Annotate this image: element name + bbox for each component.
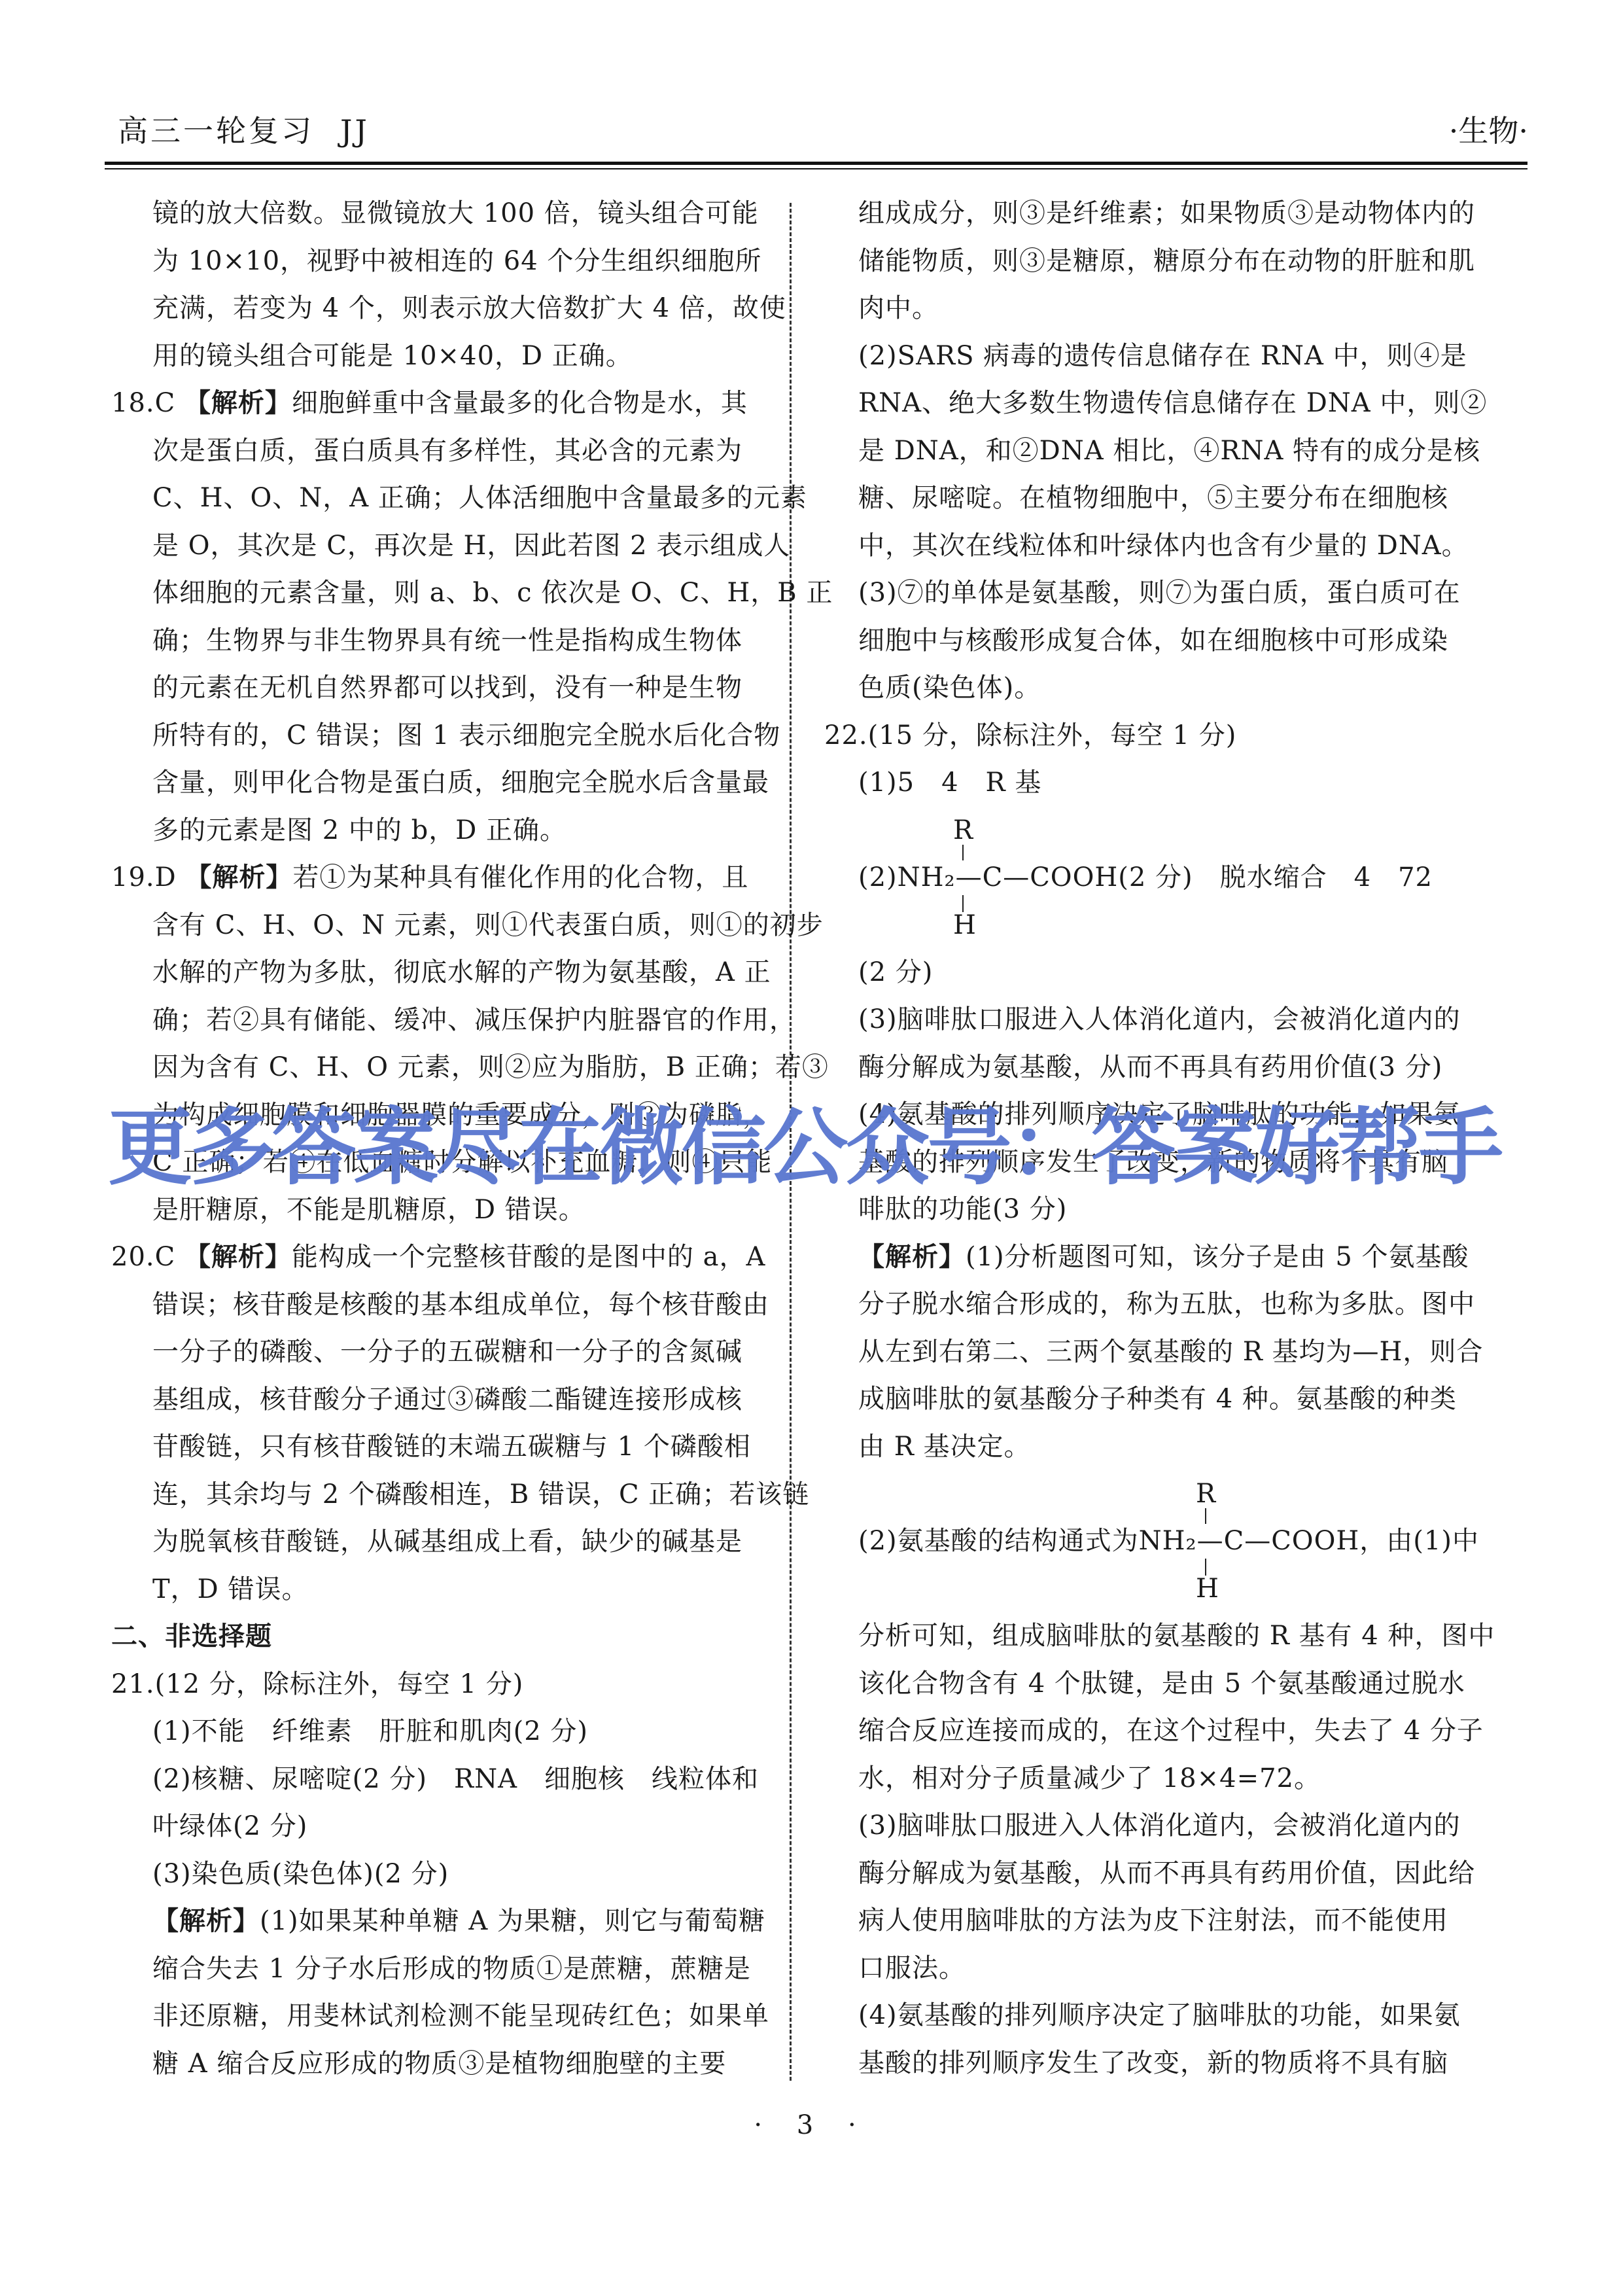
- text-line: 水解的产物为多肽，彻底水解的产物为氨基酸，A 正: [111, 949, 785, 997]
- text-line: 一分子的磷酸、一分子的五碳糖和一分子的含氮碱: [111, 1328, 785, 1376]
- answer-suffix: (2 分) 脱水缩合 4 72: [1118, 862, 1433, 892]
- text-line: 所特有的，C 错误；图 1 表示细胞完全脱水后化合物: [111, 712, 785, 760]
- text-line: (3)脑啡肽口服进入人体消化道内，会被消化道内的: [824, 1802, 1531, 1850]
- section-title: 二、非选择题: [111, 1613, 785, 1661]
- text-line: 储能物质，则③是糖原，糖原分布在动物的肝脏和肌: [824, 238, 1531, 285]
- text-line: 分析可知，组成脑啡肽的氨基酸的 R 基有 4 种，图中: [824, 1612, 1531, 1660]
- text-line: 病人使用脑啡肽的方法为皮下注射法，而不能使用: [824, 1897, 1531, 1945]
- text-line: 是肝糖原，不能是肌糖原，D 错误。: [111, 1186, 785, 1234]
- answer-line: (3)脑啡肽口服进入人体消化道内，会被消化道内的: [824, 996, 1531, 1044]
- text-line: 错误；核苷酸是核酸的基本组成单位，每个核苷酸由: [111, 1281, 785, 1329]
- text-line: 苷酸链，只有核苷酸链的末端五碳糖与 1 个磷酸相: [111, 1423, 785, 1471]
- text-line: 色质(染色体)。: [824, 664, 1531, 712]
- question-number: 18.C: [111, 388, 175, 418]
- text-line: C、H、O、N，A 正确；人体活细胞中含量最多的元素: [111, 474, 785, 522]
- text-line: (3)⑦的单体是氨基酸，则⑦为蛋白质，蛋白质可在: [824, 569, 1531, 617]
- formula-bottom-h: H: [1196, 1565, 1219, 1613]
- text-line: 能构成一个完整核苷酸的是图中的 a，A: [292, 1242, 765, 1272]
- text-line: 细胞中与核酸形成复合体，如在细胞核中可形成染: [824, 617, 1531, 665]
- text-line: 为脱氧核苷酸链，从碱基组成上看，缺少的碱基是: [111, 1518, 785, 1566]
- answer-prefix: (2): [858, 862, 898, 892]
- text-line: 充满，若变为 4 个，则表示放大倍数扩大 4 倍，故使: [111, 285, 785, 332]
- answer-line: (2)核糖、尿嘧啶(2 分) RNA 细胞核 线粒体和: [111, 1756, 785, 1803]
- text-line: 镜的放大倍数。显微镜放大 100 倍，镜头组合可能: [111, 190, 785, 238]
- text-line: 缩合反应连接而成的，在这个过程中，失去了 4 分子: [824, 1707, 1531, 1755]
- text-line: 糖、尿嘧啶。在植物细胞中，⑤主要分布在细胞核: [824, 474, 1531, 522]
- text-line: 为 10×10，视野中被相连的 64 个分生组织细胞所: [111, 238, 785, 285]
- text-line: 非还原糖，用斐林试剂检测不能呈现砖红色；如果单: [111, 1992, 785, 2040]
- analysis-tag: 【解析】: [184, 388, 292, 418]
- text-line: 用的镜头组合可能是 10×40，D 正确。: [111, 332, 785, 380]
- text-line: 组成成分，则③是纤维素；如果物质③是动物体内的: [824, 190, 1531, 238]
- formula-left: NH₂—: [1139, 1526, 1224, 1556]
- right-column: 组成成分，则③是纤维素；如果物质③是动物体内的 储能物质，则③是糖原，糖原分布在…: [824, 190, 1531, 2087]
- bond-line: [962, 845, 964, 860]
- answer-line: 叶绿体(2 分): [111, 1803, 785, 1850]
- analysis-line: 【解析】(1)分析题图可知，该分子是由 5 个氨基酸: [824, 1233, 1531, 1281]
- text-line: 连，其余均与 2 个磷酸相连，B 错误，C 正确；若该链: [111, 1471, 785, 1519]
- formula-right: —COOH: [1244, 1526, 1359, 1556]
- text-line: 是 O，其次是 C，再次是 H，因此若图 2 表示组成人: [111, 522, 785, 570]
- text-line: 若①为某种具有催化作用的化合物，且: [292, 862, 748, 892]
- text-line: 体细胞的元素含量，则 a、b、c 依次是 O、C、H，B 正: [111, 569, 785, 617]
- text-line: RNA、绝大多数生物遗传信息储存在 DNA 中，则②: [824, 380, 1531, 427]
- bond-line: [1205, 1508, 1206, 1524]
- text-line: 确；若②具有储能、缓冲、减压保护内脏器官的作用，: [111, 997, 785, 1044]
- answer-line: 啡肽的功能(3 分): [824, 1186, 1531, 1233]
- text-line: (2)SARS 病毒的遗传信息储存在 RNA 中，则④是: [824, 332, 1531, 380]
- amino-acid-formula-answer: (2)NH₂—C—COOH(2 分) 脱水缩合 4 72 R H: [824, 807, 1531, 949]
- amino-acid-general-formula: (2)氨基酸的结构通式为NH₂—C—COOH，由(1)中 R H: [824, 1470, 1531, 1612]
- text-line: 含量，则甲化合物是蛋白质，细胞完全脱水后含量最: [111, 759, 785, 807]
- analysis-tag: 【解析】: [185, 862, 292, 892]
- running-header: 高三一轮复习JJ: [118, 111, 370, 150]
- analysis-suffix: ，由(1)中: [1359, 1526, 1479, 1556]
- text-line: 因为含有 C、H、O 元素，则②应为脂肪，B 正确；若③: [111, 1044, 785, 1091]
- analysis-tag: 【解析】: [184, 1242, 292, 1272]
- text-line: 缩合失去 1 分子水后形成的物质①是蔗糖，蔗糖是: [111, 1945, 785, 1993]
- answer-line: (1)不能 纤维素 肝脏和肌肉(2 分): [111, 1708, 785, 1756]
- question-21-header: 21.(12 分，除标注外，每空 1 分): [111, 1661, 785, 1708]
- formula-bottom-h: H: [953, 902, 977, 949]
- text-line: 酶分解成为氨基酸，从而不再具有药用价值，因此给: [824, 1850, 1531, 1898]
- answer-line: 酶分解成为氨基酸，从而不再具有药用价值(3 分): [824, 1044, 1531, 1091]
- question-number: 19.D: [111, 862, 177, 892]
- question-20-header: 20.C 【解析】能构成一个完整核苷酸的是图中的 a，A: [111, 1233, 785, 1281]
- formula-right: —COOH: [1003, 862, 1118, 892]
- text-line: 次是蛋白质，蛋白质具有多样性，其必含的元素为: [111, 427, 785, 475]
- text-line: 由 R 基决定。: [824, 1423, 1531, 1471]
- text-line: 基酸的排列顺序发生了改变，新的物质将不具有脑: [824, 2040, 1531, 2087]
- text-line: 口服法。: [824, 1945, 1531, 1992]
- text-line: 确；生物界与非生物界具有统一性是指构成生物体: [111, 617, 785, 665]
- text-line: (1)分析题图可知，该分子是由 5 个氨基酸: [966, 1242, 1469, 1272]
- book-title: 高三一轮复习: [118, 113, 314, 149]
- formula-center: C: [983, 862, 1003, 892]
- left-column: 镜的放大倍数。显微镜放大 100 倍，镜头组合可能 为 10×10，视野中被相连…: [111, 190, 785, 2087]
- question-19-header: 19.D 【解析】若①为某种具有催化作用的化合物，且: [111, 854, 785, 902]
- text-line: T，D 错误。: [111, 1566, 785, 1614]
- score-note: (2 分): [824, 949, 1531, 997]
- question-18-header: 18.C 【解析】细胞鲜重中含量最多的化合物是水，其: [111, 380, 785, 427]
- text-line: 细胞鲜重中含量最多的化合物是水，其: [292, 388, 748, 418]
- text-line: 分子脱水缩合形成的，称为五肽，也称为多肽。图中: [824, 1280, 1531, 1328]
- question-22-header: 22.(15 分，除标注外，每空 1 分): [824, 712, 1531, 760]
- text-line: 多的元素是图 2 中的 b，D 正确。: [111, 807, 785, 855]
- text-line: C 正确；若④在低血糖时分解以补充血糖，则④只能: [111, 1139, 785, 1186]
- question-number: 20.C: [111, 1242, 175, 1272]
- text-line: 的元素在无机自然界都可以找到，没有一种是生物: [111, 664, 785, 712]
- text-line: 为构成细胞膜和细胞器膜的重要成分，则③为磷脂，: [111, 1091, 785, 1139]
- text-line: 成脑啡肽的氨基酸分子种类有 4 种。氨基酸的种类: [824, 1375, 1531, 1423]
- edition-code: JJ: [340, 113, 370, 149]
- text-line: 含有 C、H、O、N 元素，则①代表蛋白质，则①的初步: [111, 902, 785, 949]
- text-line: 糖 A 缩合反应形成的物质③是植物细胞壁的主要: [111, 2040, 785, 2088]
- analysis-tag: 【解析】: [858, 1242, 966, 1272]
- text-line: 基组成，核苷酸分子通过③磷酸二酯键连接形成核: [111, 1376, 785, 1424]
- analysis-tag: 【解析】: [152, 1906, 260, 1936]
- subject-label: ·生物·: [1449, 111, 1528, 150]
- text-line: (1)如果某种单糖 A 为果糖，则它与葡萄糖: [260, 1906, 765, 1936]
- analysis-prefix: (2)氨基酸的结构通式为: [858, 1526, 1139, 1556]
- answer-line: (4)氨基酸的排列顺序决定了脑啡肽的功能，如果氨: [824, 1091, 1531, 1139]
- answer-line: 基酸的排列顺序发生了改变，新的物质将不具有脑: [824, 1139, 1531, 1186]
- page-number: · 3 ·: [0, 2110, 1623, 2140]
- text-line: (4)氨基酸的排列顺序决定了脑啡肽的功能，如果氨: [824, 1992, 1531, 2040]
- text-line: 中，其次在线粒体和叶绿体内也含有少量的 DNA。: [824, 522, 1531, 570]
- text-line: 该化合物含有 4 个肽键，是由 5 个氨基酸通过脱水: [824, 1660, 1531, 1708]
- text-line: 从左到右第二、三两个氨基酸的 R 基均为—H，则合: [824, 1328, 1531, 1376]
- answer-line: (1)5 4 R 基: [824, 759, 1531, 807]
- text-line: 肉中。: [824, 285, 1531, 332]
- answer-line: (3)染色质(染色体)(2 分): [111, 1850, 785, 1898]
- formula-left: NH₂—: [898, 862, 983, 892]
- text-line: 水，相对分子质量减少了 18×4=72。: [824, 1755, 1531, 1803]
- analysis-line: 【解析】(1)如果某种单糖 A 为果糖，则它与葡萄糖: [111, 1898, 785, 1945]
- formula-center: C: [1224, 1526, 1245, 1556]
- text-line: 是 DNA，和②DNA 相比，④RNA 特有的成分是核: [824, 427, 1531, 475]
- header-double-rule: [105, 162, 1527, 169]
